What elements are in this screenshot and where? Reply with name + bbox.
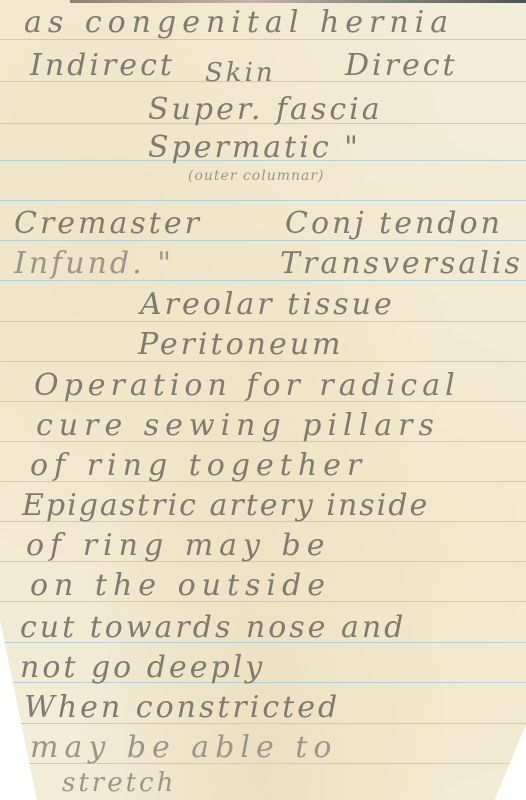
note-line-2-left: Indirect [30, 48, 175, 83]
torn-top-edge [70, 0, 526, 3]
note-line-2-center: Skin [205, 58, 276, 88]
note-line-6-right: Conj tendon [285, 206, 503, 241]
rule-line [0, 200, 526, 201]
note-line-5: (outer columnar) [188, 168, 325, 184]
note-line-16: cut towards nose and [20, 610, 406, 645]
note-line-19: may be able to [30, 730, 337, 765]
note-line-7-left: Infund. " [14, 246, 174, 281]
note-line-9: Peritoneum [138, 327, 344, 362]
note-line-18: When constricted [24, 690, 340, 725]
note-line-14: of ring may be [26, 528, 330, 563]
note-line-2-right: Direct [345, 48, 458, 83]
note-line-20: stretch [62, 768, 176, 798]
note-line-17: not go deeply [20, 650, 265, 685]
note-line-10: Operation for radical [34, 368, 460, 403]
note-line-1: as congenital hernia [24, 5, 454, 40]
note-line-12: of ring together [30, 448, 367, 483]
note-line-4: Spermatic " [148, 130, 361, 165]
note-line-7-right: Transversalis [280, 246, 523, 281]
notebook-page: as congenital hernia Indirect Skin Direc… [0, 0, 526, 800]
note-line-15: on the outside [30, 568, 331, 603]
note-line-11: cure sewing pillars [36, 408, 440, 443]
note-line-8: Areolar tissue [140, 287, 395, 322]
note-line-13: Epigastric artery inside [22, 488, 429, 523]
note-line-3: Super. fascia [148, 92, 383, 127]
note-line-6-left: Cremaster [14, 206, 202, 241]
